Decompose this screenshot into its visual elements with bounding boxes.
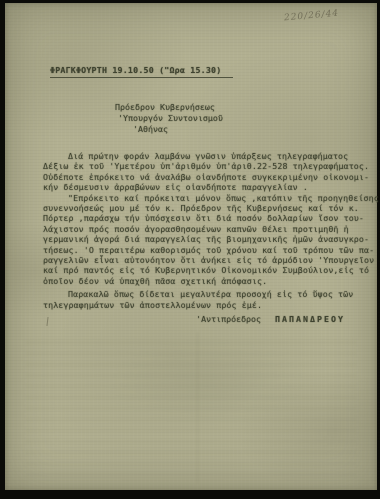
bleed-through-texture [25,341,357,479]
body-line: λάχιστον πρός ποσόν ἀγορασθησομένων καπν… [43,224,363,234]
recipient-line: 'Υπουργόν Συντονισμοῦ [118,113,223,124]
signature-name: ΠΑΠΑΝΔΡΕΟΥ [275,314,345,324]
body-line: κήν δέσμευσιν ἀρραβώνων εἰς οἱανδήποτε π… [43,182,363,192]
body-line: καί πρό παντός εἰς τό Κυβερνητικόν Οἰκον… [43,265,363,275]
recipient-line: Πρόεδρον Κυβερνήσεως [115,102,223,113]
body-line: Οὐδέποτε ἐπρόκειτο νά ἀναλάβω οἱανδήποτε… [43,172,363,182]
paragraph: Παρακαλῶ ὅπως δίδεται μεγαλυτέρα προσοχή… [43,289,363,310]
paragraph: Διά πρώτην φοράν λαμβάνω γνῶσιν ὑπάρξεως… [43,151,363,193]
dateline: ΦΡΑΓΚΦΟΥΡΤΗ 19.10.50 ("Ωρα 15.30) [50,65,233,78]
recipient-line: 'Αθήνας [133,124,223,135]
body-text: Διά πρώτην φοράν λαμβάνω γνῶσιν ὑπάρξεως… [43,151,363,310]
body-line: τήσεως. 'Ο περαιτέρω καθορισμός τοῦ χρόν… [43,245,363,255]
signature-block: 'ΑντιπρόεδροςΠΑΠΑΝΔΡΕΟΥ [5,314,345,324]
body-line: "Επρόκειτο καί πρόκειται μόνον ὅπως ,κατ… [43,193,363,203]
paragraph: "Επρόκειτο καί πρόκειται μόνον ὅπως ,κατ… [43,193,363,287]
paper-crease [197,333,198,483]
body-line: γερμανική ἀγορά διά παραγγελίας τῆς βιομ… [43,234,363,244]
dateline-text: ΦΡΑΓΚΦΟΥΡΤΗ 19.10.50 ("Ωρα 15.30) [50,65,233,78]
body-line: Πόρτερ ,παράσχω τήν ὑπόσχεσιν ὅτι διά πο… [43,213,363,223]
body-line: Παρακαλῶ ὅπως δίδεται μεγαλυτέρα προσοχή… [43,289,363,299]
signature-title: 'Αντιπρόεδρος [196,314,261,324]
scan-background: 220/26/44 ΦΡΑΓΚΦΟΥΡΤΗ 19.10.50 ("Ωρα 15.… [0,0,380,499]
body-line: ὁποῖον δέον νά ὑπαχθῆ πᾶσα σχετική ἀπόφα… [43,276,363,286]
body-line: Διά πρώτην φοράν λαμβάνω γνῶσιν ὑπάρξεως… [43,151,363,161]
body-line: ραγγελιῶν εἶναι αὐτονόητον ὅτι ἀνήκει εἰ… [43,255,363,265]
recipient-block: Πρόεδρον Κυβερνήσεως 'Υπουργόν Συντονισμ… [115,102,223,135]
document-page: 220/26/44 ΦΡΑΓΚΦΟΥΡΤΗ 19.10.50 ("Ωρα 15.… [5,3,377,490]
body-line: Δέξιω ἐκ τοῦ 'Υμετέρου ὑπ'ἀριθμόν ὑπ'ἀρι… [43,161,363,171]
body-line: συνεννοήσεώς μου μέ τόν κ. Πρόεδρον τῆς … [43,203,363,213]
handwritten-reference: 220/26/44 [284,9,340,24]
body-line: τηλεγραφημάτων τῶν ἀποστελλομένων πρός ἐ… [43,300,363,310]
